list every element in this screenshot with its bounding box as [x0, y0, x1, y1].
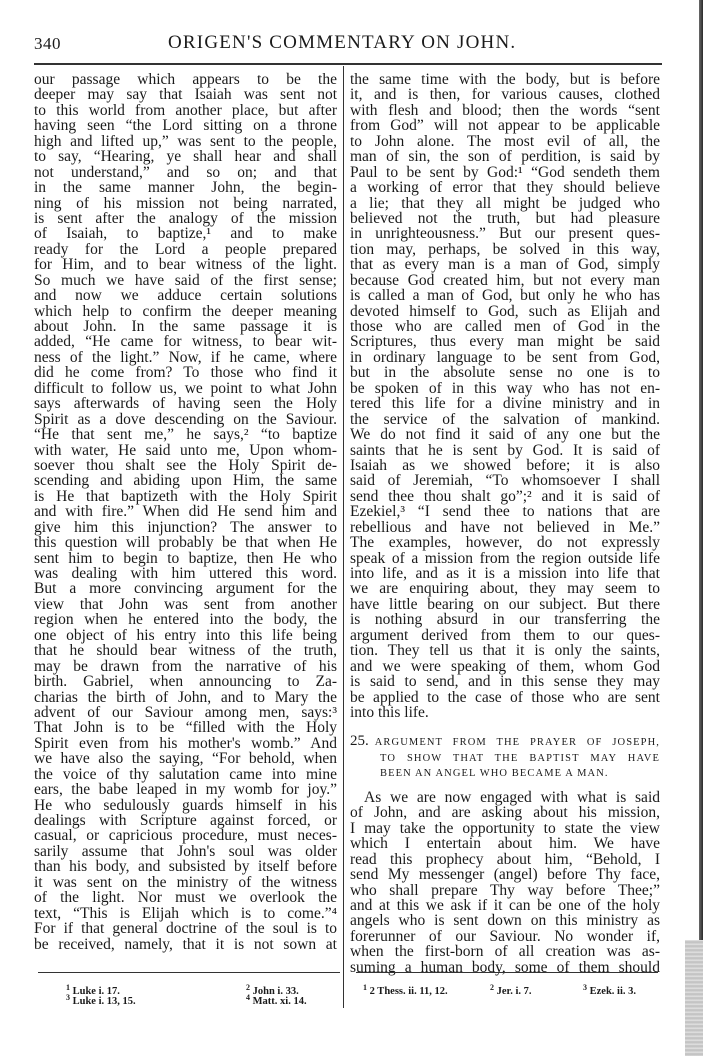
- section-heading-text: ARGUMENT FROM THE PRAYER OF JOSEPH,: [375, 737, 660, 748]
- text-line: devoted himself to God, such as Elijah a…: [350, 304, 660, 319]
- page-edge-texture: [685, 940, 703, 1056]
- text-line: be spoken of in this way who has not en-: [350, 381, 660, 396]
- text-line: dealings with Scripture against forced, …: [34, 813, 337, 828]
- footnote-ref: Jer. i. 7.: [497, 986, 532, 997]
- text-line: with water, He said unto me, Upon whom-: [34, 443, 337, 458]
- right-column-text-after-heading: As we are now engaged with what is saido…: [350, 790, 660, 975]
- footnote: 4 Matt. xi. 14.: [246, 996, 307, 1007]
- footnote-ref: Matt. xi. 14.: [253, 996, 307, 1007]
- text-line: For if that general doctrine of the soul…: [34, 921, 337, 936]
- text-line: ness of the light.” Now, if he came, whe…: [34, 350, 337, 365]
- text-line: into life, and as it is a mission into l…: [350, 566, 660, 581]
- left-column: our passage which appears to be thedeepe…: [34, 72, 337, 952]
- page-edge-shadow: [699, 0, 703, 1056]
- footnote-ref: Ezek. ii. 3.: [590, 986, 636, 997]
- text-line: this question will probably be that when…: [34, 535, 337, 550]
- page-number: 340: [34, 34, 61, 54]
- text-line: a lie; that they all might be judged who: [350, 196, 660, 211]
- header-rule: [34, 63, 662, 65]
- footnote-rule-right: [356, 972, 658, 973]
- text-line: send thee thou shalt go”;² and it is sai…: [350, 489, 660, 504]
- text-line: one object of his entry into this life b…: [34, 628, 337, 643]
- text-line: and now we adduce certain solutions: [34, 288, 337, 303]
- text-line: He who sedulously guards himself in his: [34, 798, 337, 813]
- text-line: of John, and are asking about his missio…: [350, 805, 660, 820]
- footnote-rule-left: [38, 972, 340, 973]
- text-line: into this life.: [350, 705, 660, 720]
- text-line: but in the absolute sense no one is to: [350, 365, 660, 380]
- text-line: tered this life for a divine ministry an…: [350, 396, 660, 411]
- text-line: about John. In the same passage it is: [34, 319, 337, 334]
- text-line: difficult to follow us, we point to what…: [34, 381, 337, 396]
- text-line: when the first-born of all creation was …: [350, 944, 660, 959]
- text-line: than his body, and subsisted by itself b…: [34, 859, 337, 874]
- text-line: it was sent on the ministry of the witne…: [34, 875, 337, 890]
- text-line: to this world from another place, but af…: [34, 103, 337, 118]
- text-line: added, “He came for witness, to bear wit…: [34, 334, 337, 349]
- text-line: argument derived from them to our ques-: [350, 628, 660, 643]
- running-title: ORIGEN'S COMMENTARY ON JOHN.: [168, 32, 516, 54]
- text-line: sent him to begin to baptize, then He wh…: [34, 551, 337, 566]
- text-line: deeper may say that Isaiah was sent not: [34, 87, 337, 102]
- text-line: Ezekiel,³ “I send thee to nations that a…: [350, 504, 660, 519]
- footnote-mark: 3: [66, 993, 70, 1002]
- text-line: saints that he is sent by God. It is sai…: [350, 443, 660, 458]
- text-line: tion may, perhaps, be solved in this way…: [350, 242, 660, 257]
- text-line: Spirit even from his mother's womb.” And: [34, 736, 337, 751]
- footnote: 3 Luke i. 13, 15.: [66, 996, 136, 1007]
- text-line: believed not the truth, but had pleasure: [350, 211, 660, 226]
- text-line: be received, namely, that it is not sown…: [34, 937, 337, 952]
- text-line: of the light. Nor must we overlook the: [34, 890, 337, 905]
- footnote-ref: 2 Thess. ii. 11, 12.: [370, 986, 448, 997]
- text-line: But a more convincing argument for the: [34, 581, 337, 596]
- text-line: I may take the opportunity to state the …: [350, 821, 660, 836]
- section-heading-line-1: 25.ARGUMENT FROM THE PRAYER OF JOSEPH,: [350, 734, 660, 751]
- text-line: which help to confirm the deeper meaning: [34, 304, 337, 319]
- text-line: is nothing absurd in our transferring th…: [350, 612, 660, 627]
- text-line: our passage which appears to be the: [34, 72, 337, 87]
- text-line: man of sin, the son of perdition, is sai…: [350, 149, 660, 164]
- footnote: 1 2 Thess. ii. 11, 12.: [363, 986, 448, 997]
- text-line: sarily assume that John's soul was older: [34, 844, 337, 859]
- text-line: The examples, however, do not expressly: [350, 535, 660, 550]
- text-line: angels who is sent down on this ministry…: [350, 913, 660, 928]
- text-line: who shall prepare Thy way before Thee;”: [350, 883, 660, 898]
- text-line: that he should bear witness of the truth…: [34, 643, 337, 658]
- text-line: we are enquiring about, they may seem to: [350, 581, 660, 596]
- text-line: scending and abiding upon Him, the same: [34, 473, 337, 488]
- text-line: because God created him, but not every m…: [350, 273, 660, 288]
- text-line: Spirit as a dove descending on the Savio…: [34, 412, 337, 427]
- text-line: did he come from? To those who find it: [34, 365, 337, 380]
- text-line: speak of a mission from the region outsi…: [350, 551, 660, 566]
- text-line: in unrighteousness.” But our present que…: [350, 226, 660, 241]
- section-number: 25.: [350, 733, 369, 749]
- text-line: in the same manner John, the begin-: [34, 180, 337, 195]
- footnote-ref: Luke i. 13, 15.: [73, 996, 136, 1007]
- text-line: view that John was sent from another: [34, 597, 337, 612]
- section-heading: 25.ARGUMENT FROM THE PRAYER OF JOSEPH, T…: [350, 734, 660, 782]
- text-line: casual, or capricious procedure, must ne…: [34, 828, 337, 843]
- footnote: 3 Ezek. ii. 3.: [583, 986, 636, 997]
- right-column: the same time with the body, but is befo…: [350, 72, 660, 975]
- text-line: That John is to be “filled with the Holy: [34, 720, 337, 735]
- text-line: charias the birth of John, and to Mary t…: [34, 690, 337, 705]
- text-line: that as every man is a man of God, simpl…: [350, 257, 660, 272]
- text-line: Scriptures, thus every man might be said: [350, 334, 660, 349]
- text-line: be applied to the case of those who are …: [350, 690, 660, 705]
- text-line: soever thou shalt see the Holy Spirit de…: [34, 458, 337, 473]
- text-line: have little bearing on our subject. But …: [350, 597, 660, 612]
- text-line: is said to send, and in this sense they …: [350, 674, 660, 689]
- footnote-mark: 2: [490, 983, 494, 992]
- section-heading-line-2: TO SHOW THAT THE BAPTIST MAY HAVE: [350, 751, 660, 767]
- footnote: 2 Jer. i. 7.: [490, 986, 532, 997]
- text-line: “He that sent me,” he says,² “to baptize: [34, 427, 337, 442]
- text-line: and at this we ask if it can be one of t…: [350, 898, 660, 913]
- text-line: for Him, and to bear witness of the ligh…: [34, 257, 337, 272]
- text-line: said of Jeremiah, “To whomsoever I shall: [350, 473, 660, 488]
- text-line: As we are now engaged with what is said: [350, 790, 660, 805]
- text-line: rebellious and have not believed in Me.”: [350, 520, 660, 535]
- footnote-mark: 2: [246, 983, 250, 992]
- text-line: forerunner of our Saviour. No wonder if,: [350, 929, 660, 944]
- footnote-mark: 4: [246, 993, 250, 1002]
- text-line: send My messenger (angel) before Thy fac…: [350, 867, 660, 882]
- text-line: with flesh and blood; then the words “se…: [350, 103, 660, 118]
- text-line: Paul to be sent by God:¹ “God sendeth th…: [350, 165, 660, 180]
- text-line: and with fire.” When did He send him and: [34, 504, 337, 519]
- text-line: it, and is then, for various causes, clo…: [350, 87, 660, 102]
- text-line: a working of error that they should beli…: [350, 180, 660, 195]
- text-line: So much we have said of the first sense;: [34, 273, 337, 288]
- text-line: region when he entered into the body, th…: [34, 612, 337, 627]
- text-line: give him this injunction? The answer to: [34, 520, 337, 535]
- text-line: having seen “the Lord sitting on a thron…: [34, 118, 337, 133]
- text-line: we have also the saying, “For behold, wh…: [34, 751, 337, 766]
- text-line: ready for the Lord a people prepared: [34, 242, 337, 257]
- text-line: and we were speaking of them, whom God: [350, 659, 660, 674]
- text-line: the voice of thy salutation came into mi…: [34, 767, 337, 782]
- text-line: is sent after the analogy of the mission: [34, 211, 337, 226]
- text-line: ears, the babe leaped in my womb for joy…: [34, 782, 337, 797]
- page-header: 340 ORIGEN'S COMMENTARY ON JOHN.: [34, 30, 664, 56]
- text-line: to John alone. The most evil of all, the: [350, 134, 660, 149]
- text-line: high and lifted up,” was sent to the peo…: [34, 134, 337, 149]
- footnote-mark: 1: [363, 983, 367, 992]
- text-line: to say, “Hearing, ye shall hear and shal…: [34, 149, 337, 164]
- text-line: We do not find it said of any one but th…: [350, 427, 660, 442]
- text-line: of Isaiah, to baptize,¹ and to make: [34, 226, 337, 241]
- text-line: advent of our Saviour among men, says:³: [34, 705, 337, 720]
- text-line: birth. Gabriel, when announcing to Za-: [34, 674, 337, 689]
- text-line: the service of the salvation of mankind.: [350, 412, 660, 427]
- text-line: was dealing with him uttered this word.: [34, 566, 337, 581]
- text-line: ning of his mission not being narrated,: [34, 196, 337, 211]
- footnote-mark: 3: [583, 983, 587, 992]
- section-heading-line-3: BEEN AN ANGEL WHO BECAME A MAN.: [350, 766, 660, 782]
- text-line: Isaiah as we showed before; it is also: [350, 458, 660, 473]
- right-column-text-before-heading: the same time with the body, but is befo…: [350, 72, 660, 720]
- left-column-text: our passage which appears to be thedeepe…: [34, 72, 337, 952]
- text-line: tion. They tell us that it is only the s…: [350, 643, 660, 658]
- text-line: read this prophecy about him, “Behold, I: [350, 852, 660, 867]
- text-line: may be drawn from the narrative of his: [34, 659, 337, 674]
- text-line: says afterwards of having seen the Holy: [34, 396, 337, 411]
- text-line: text, “This is Elijah which is to come.”…: [34, 906, 337, 921]
- text-line: is called a man of God, but only he who …: [350, 288, 660, 303]
- text-line: those who are called men of God in the: [350, 319, 660, 334]
- text-line: is He that baptizeth with the Holy Spiri…: [34, 489, 337, 504]
- text-line: which I entertain about him. We have: [350, 836, 660, 851]
- text-line: in ordinary language to be sent from God…: [350, 350, 660, 365]
- text-line: the same time with the body, but is befo…: [350, 72, 660, 87]
- text-line: not understand,” and so on; and that: [34, 165, 337, 180]
- text-line: from God” will not appear to be applicab…: [350, 118, 660, 133]
- footnote-mark: 1: [66, 983, 70, 992]
- column-divider: [343, 66, 344, 1008]
